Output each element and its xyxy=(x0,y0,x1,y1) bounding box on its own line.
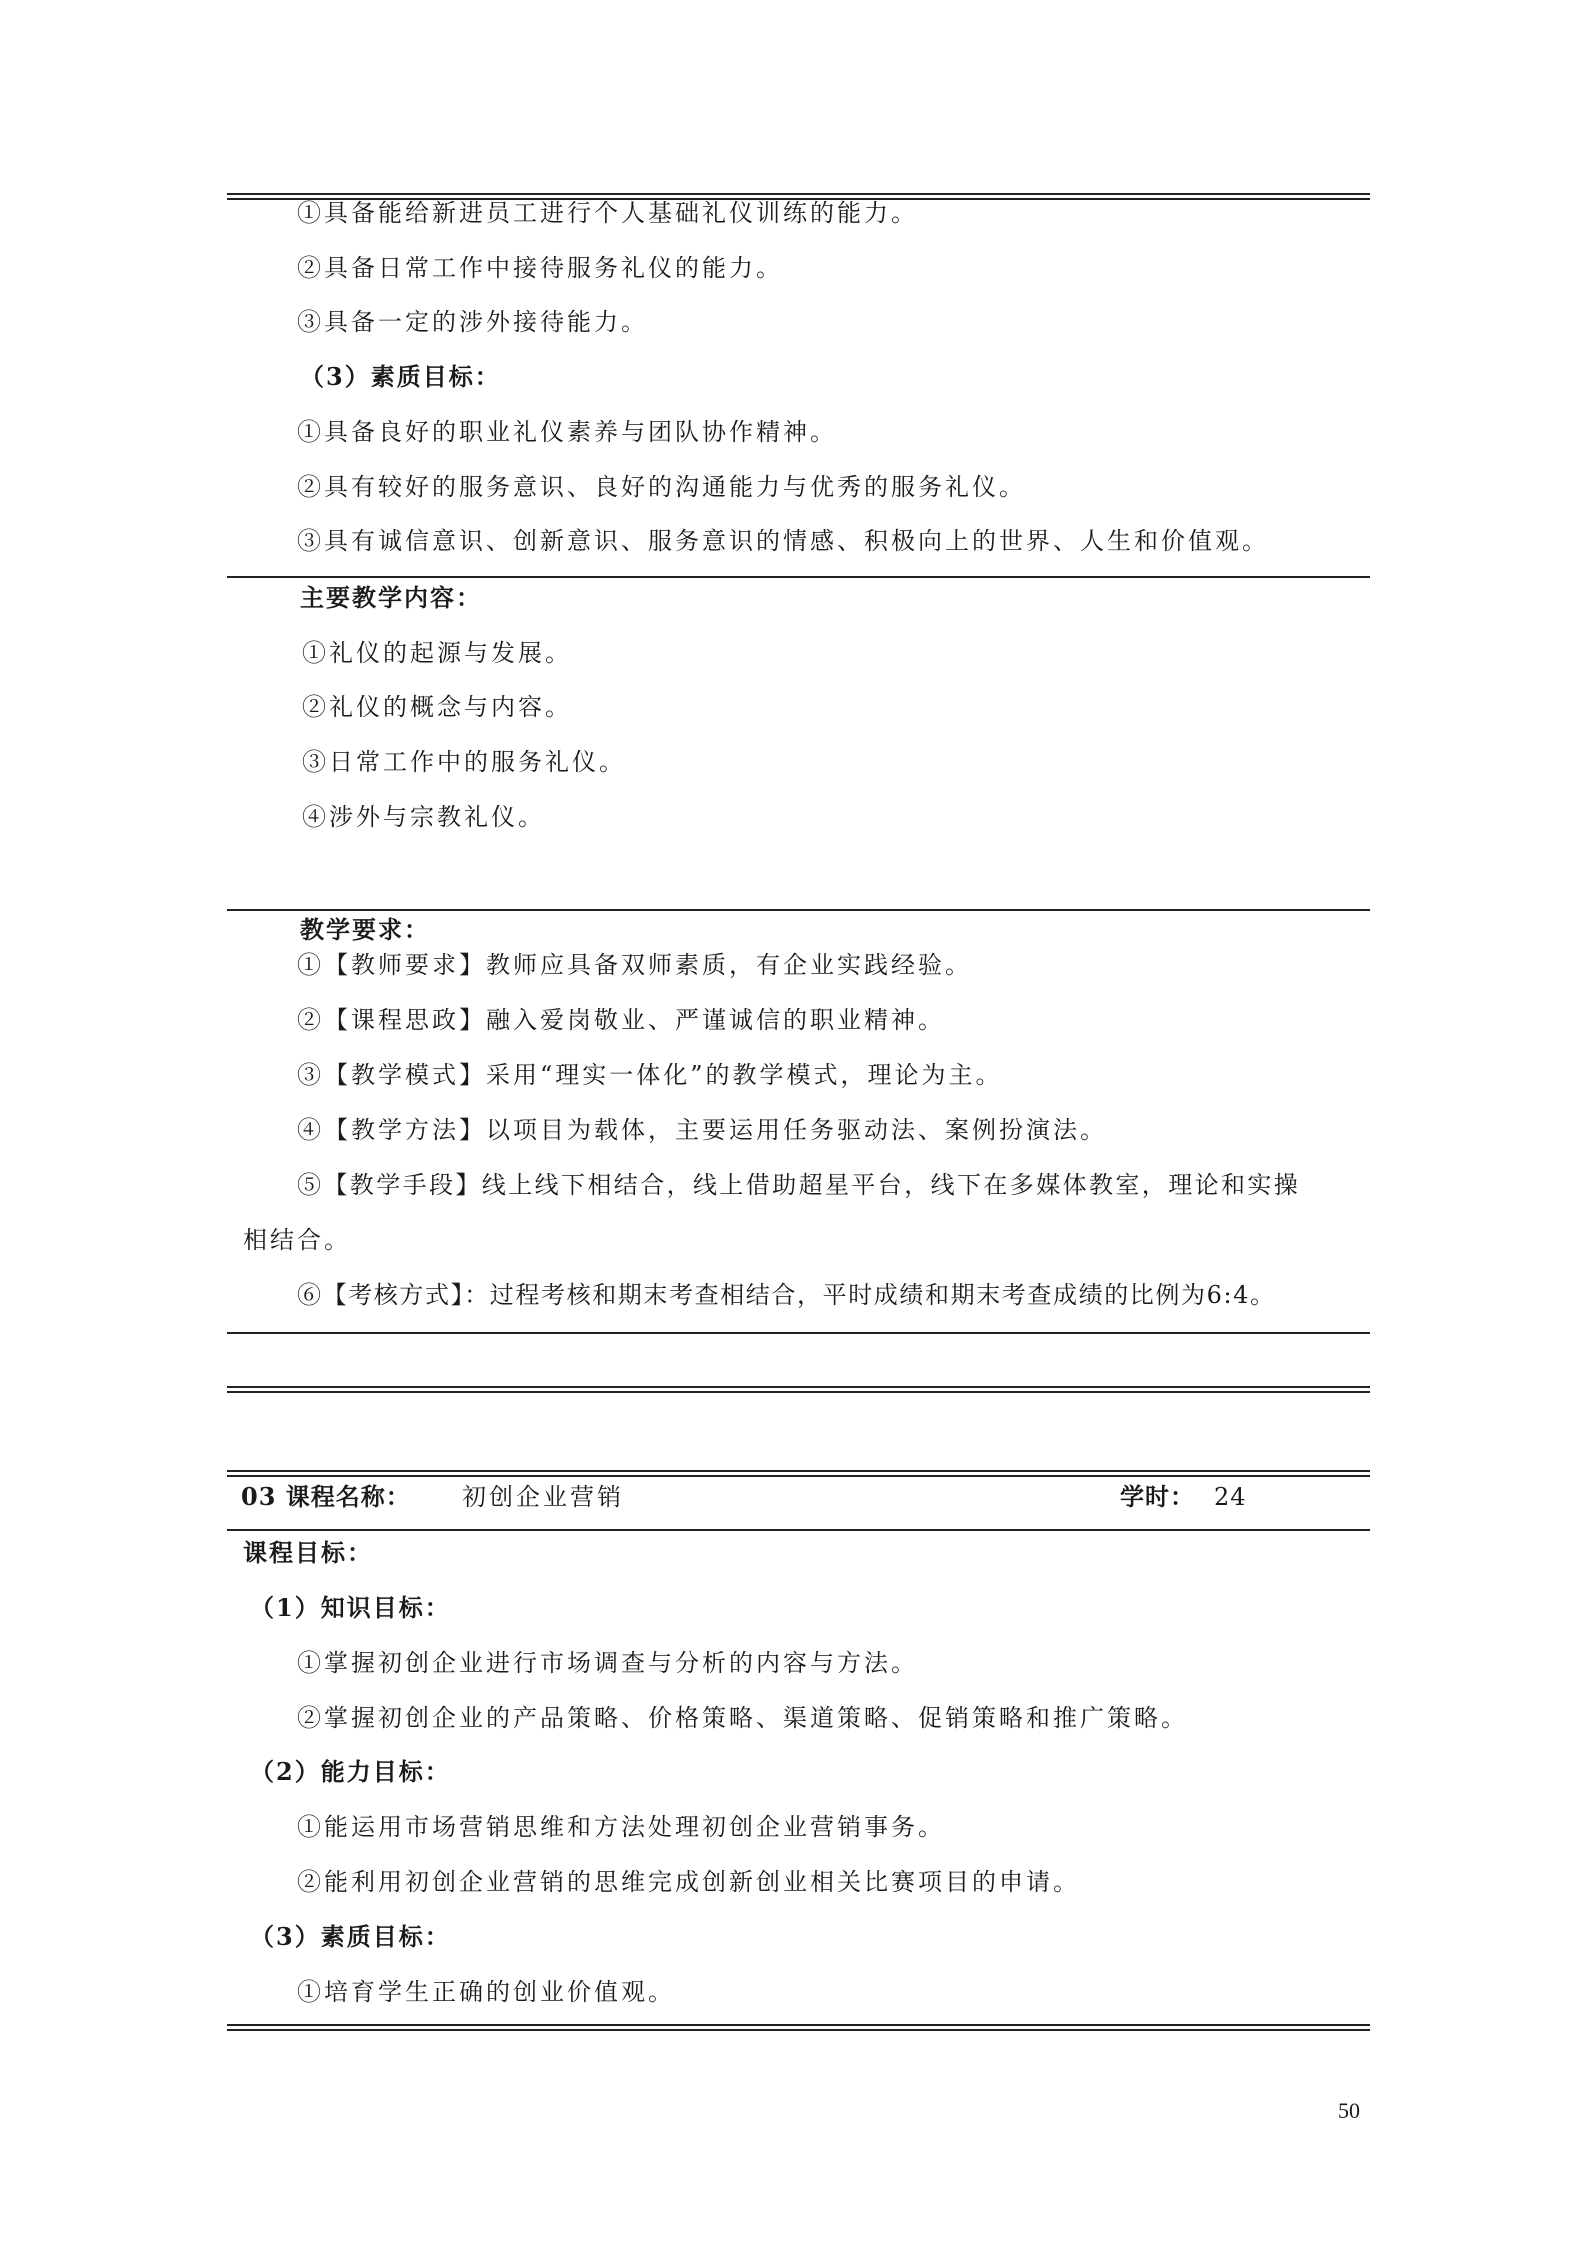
course-name-label: 03 课程名称： xyxy=(241,1481,411,1513)
course-header-top-rule xyxy=(227,1470,1370,1477)
objectives-heading: 课程目标： xyxy=(243,1537,373,1569)
course-hours-label: 学时： xyxy=(1120,1481,1195,1513)
quality-heading: （3）素质目标： xyxy=(300,361,501,393)
rule-before-content xyxy=(227,576,1370,578)
requirement-item-5: ⑤【教学手段】线上线下相结合，线上借助超星平台，线下在多媒体教室，理论和实操 xyxy=(297,1169,1300,1201)
course-header-bottom-rule xyxy=(227,1529,1370,1531)
requirement-item-4: ④【教学方法】以项目为载体，主要运用任务驱动法、案例扮演法。 xyxy=(297,1114,1107,1146)
ability-item-1: ①具备能给新进员工进行个人基础礼仪训练的能力。 xyxy=(297,197,918,229)
content-item-2: ②礼仪的概念与内容。 xyxy=(302,691,572,723)
content-item-1: ①礼仪的起源与发展。 xyxy=(302,637,572,669)
quality-item-3: ③具有诚信意识、创新意识、服务意识的情感、积极向上的世界、人生和价值观。 xyxy=(297,525,1269,557)
content-item-4: ④涉外与宗教礼仪。 xyxy=(302,801,545,833)
ability-item-3: ③具备一定的涉外接待能力。 xyxy=(297,306,648,338)
course-name-value: 初创企业营销 xyxy=(462,1481,624,1513)
section-end-double-rule xyxy=(227,1386,1370,1393)
rule-before-requirements xyxy=(227,909,1370,911)
knowledge-heading: （1）知识目标： xyxy=(250,1592,451,1624)
knowledge-item-2: ②掌握初创企业的产品策略、价格策略、渠道策略、促销策略和推广策略。 xyxy=(297,1702,1188,1734)
c03-quality-item-1: ①培育学生正确的创业价值观。 xyxy=(297,1976,675,2008)
requirement-item-3: ③【教学模式】采用“理实一体化”的教学模式，理论为主。 xyxy=(297,1059,1003,1091)
requirement-item-1: ①【教师要求】教师应具备双师素质，有企业实践经验。 xyxy=(297,949,972,981)
quality-item-1: ①具备良好的职业礼仪素养与团队协作精神。 xyxy=(297,416,837,448)
quality-item-2: ②具有较好的服务意识、良好的沟通能力与优秀的服务礼仪。 xyxy=(297,471,1026,503)
c03-ability-item-1: ①能运用市场营销思维和方法处理初创企业营销事务。 xyxy=(297,1811,945,1843)
knowledge-item-1: ①掌握初创企业进行市场调查与分析的内容与方法。 xyxy=(297,1647,918,1679)
requirements-heading: 教学要求： xyxy=(300,914,430,946)
ability-item-2: ②具备日常工作中接待服务礼仪的能力。 xyxy=(297,252,783,284)
requirement-item-6: ⑥【考核方式】：过程考核和期末考查相结合，平时成绩和期末考查成绩的比例为6:4。 xyxy=(297,1279,1276,1311)
page-number: 50 xyxy=(1338,2098,1360,2124)
course-hours-value: 24 xyxy=(1214,1481,1247,1513)
content-heading: 主要教学内容： xyxy=(300,582,482,614)
content-item-3: ③日常工作中的服务礼仪。 xyxy=(302,746,626,778)
bottom-double-rule xyxy=(227,2024,1370,2031)
c03-quality-heading: （3）素质目标： xyxy=(250,1921,451,1953)
rule-after-requirements xyxy=(227,1332,1370,1334)
requirement-item-5-continued: 相结合。 xyxy=(243,1224,351,1256)
ability-heading: （2）能力目标： xyxy=(250,1756,451,1788)
requirement-item-2: ②【课程思政】融入爱岗敬业、严谨诚信的职业精神。 xyxy=(297,1004,945,1036)
c03-ability-item-2: ②能利用初创企业营销的思维完成创新创业相关比赛项目的申请。 xyxy=(297,1866,1080,1898)
